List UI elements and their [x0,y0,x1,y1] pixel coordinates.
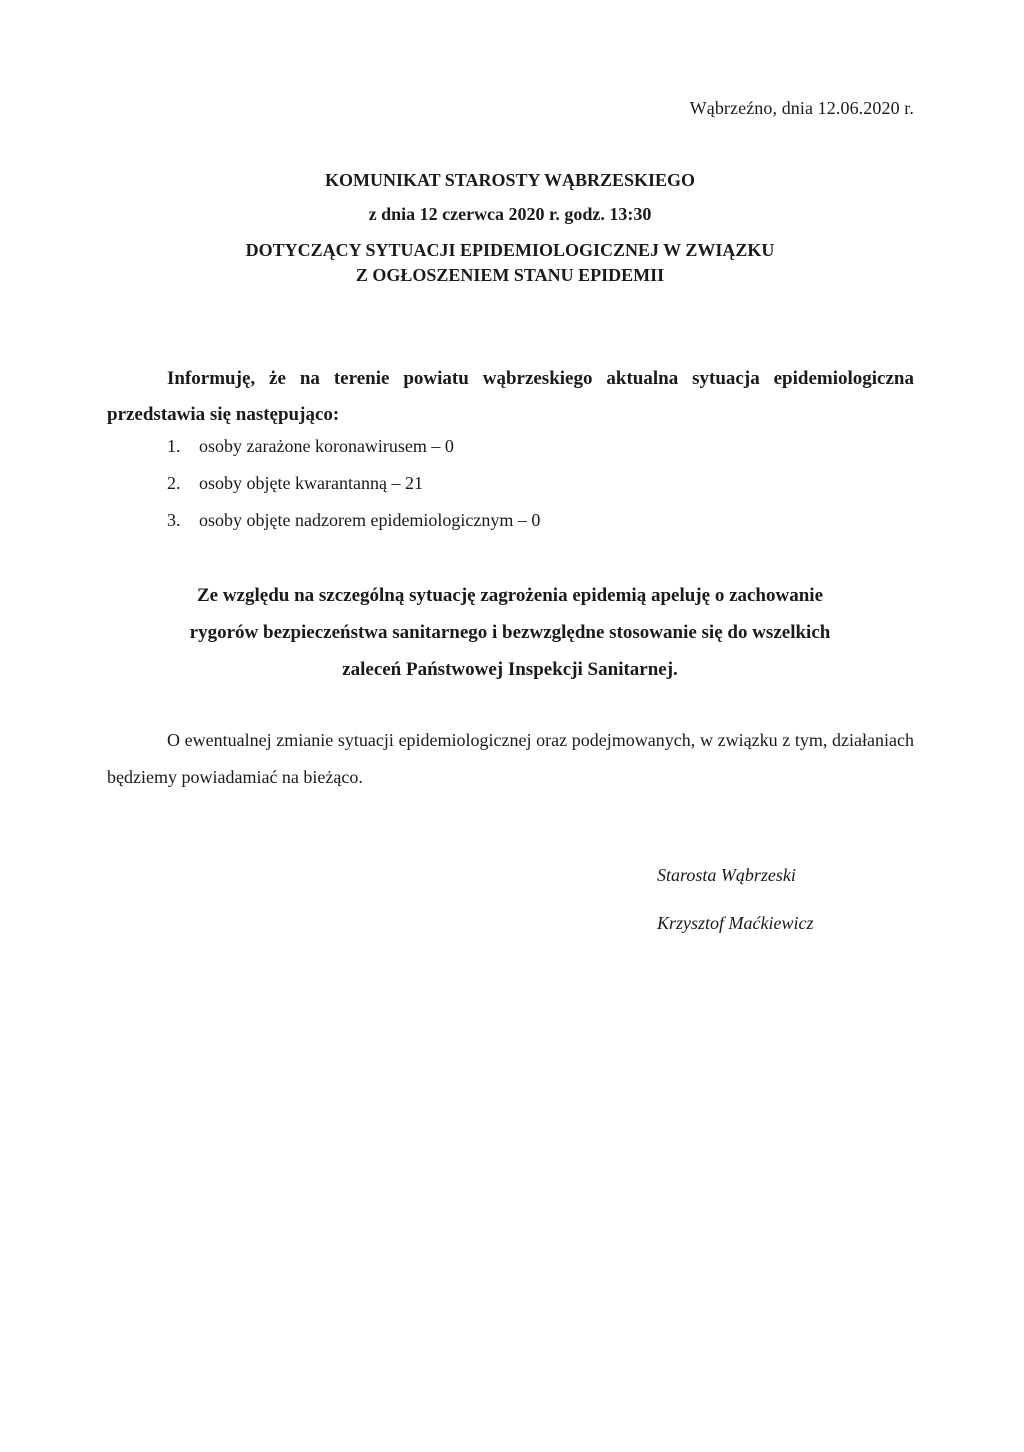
stat-value: 0 [531,505,540,542]
stat-separator: – [427,431,445,468]
stat-separator: – [513,505,531,542]
stat-label: osoby zarażone koronawirusem [199,431,427,468]
stat-label: osoby objęte kwarantanną [199,468,387,505]
closing-paragraph: O ewentualnej zmianie sytuacji epidemiol… [107,722,914,796]
list-item: 2. osoby objęte kwarantanną – 21 [167,468,540,505]
document-page: Wąbrzeźno, dnia 12.06.2020 r. KOMUNIKAT … [0,0,1024,1452]
epidemic-stats-list: 1. osoby zarażone koronawirusem – 0 2. o… [167,431,540,542]
list-item: 1. osoby zarażone koronawirusem – 0 [167,431,540,468]
header-subject-line2: Z OGŁOSZENIEM STANU EPIDEMII [0,265,1020,286]
appeal-line: Ze względu na szczególną sytuację zagroż… [100,577,920,614]
stat-value: 21 [405,468,423,505]
place-and-date: Wąbrzeźno, dnia 12.06.2020 r. [690,98,914,119]
list-item: 3. osoby objęte nadzorem epidemiologiczn… [167,505,540,542]
list-number: 3. [167,505,199,542]
header-subject-line1: DOTYCZĄCY SYTUACJI EPIDEMIOLOGICZNEJ W Z… [0,240,1020,261]
signature-title: Starosta Wąbrzeski [657,865,796,886]
appeal-line: rygorów bezpieczeństwa sanitarnego i bez… [100,614,920,651]
stat-separator: – [387,468,405,505]
intro-paragraph: Informuję, że na terenie powiatu wąbrzes… [107,361,914,433]
list-number: 1. [167,431,199,468]
stat-value: 0 [445,431,454,468]
appeal-paragraph: Ze względu na szczególną sytuację zagroż… [100,577,920,688]
header-title: KOMUNIKAT STAROSTY WĄBRZESKIEGO [0,170,1020,191]
stat-label: osoby objęte nadzorem epidemiologicznym [199,505,513,542]
signature-name: Krzysztof Maćkiewicz [657,913,813,934]
appeal-line: zaleceń Państwowej Inspekcji Sanitarnej. [100,651,920,688]
list-number: 2. [167,468,199,505]
header-date: z dnia 12 czerwca 2020 r. godz. 13:30 [0,204,1020,225]
